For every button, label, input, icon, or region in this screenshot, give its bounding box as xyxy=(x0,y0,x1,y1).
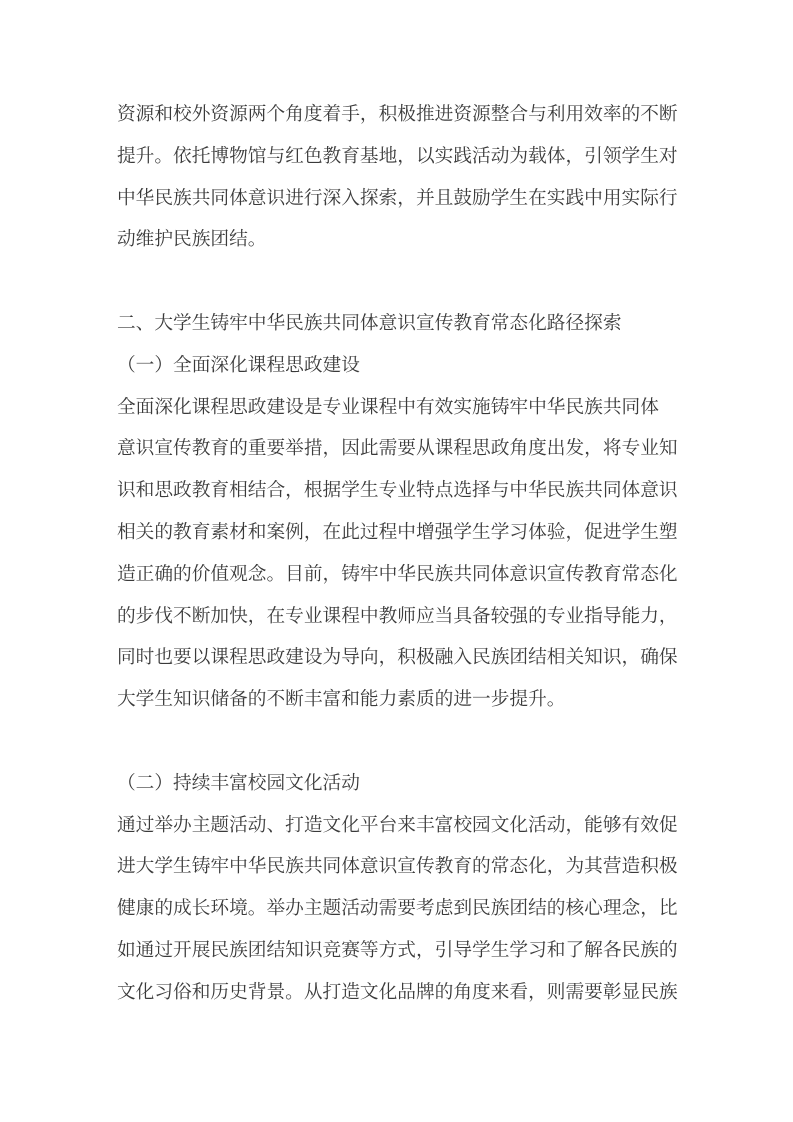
document-line: 同时也要以课程思政建设为导向，积极融入民族团结相关知识，确保 xyxy=(117,637,677,679)
blank-line xyxy=(117,721,677,763)
document-line: 识和思政教育相结合，根据学生专业特点选择与中华民族共同体意识 xyxy=(117,470,677,512)
subsection-heading: （二）持续丰富校园文化活动 xyxy=(117,763,677,805)
document-line: 如通过开展民族团结知识竞赛等方式，引导学生学习和了解各民族的 xyxy=(117,930,677,972)
document-line: 大学生知识储备的不断丰富和能力素质的进一步提升。 xyxy=(117,679,677,721)
document-line: 提升。依托博物馆与红色教育基地，以实践活动为载体，引领学生对 xyxy=(117,136,677,178)
document-line: 的步伐不断加快，在专业课程中教师应当具备较强的专业指导能力， xyxy=(117,596,677,638)
document-page: 资源和校外资源两个角度着手，积极推进资源整合与利用效率的不断 提升。依托博物馆与… xyxy=(0,0,793,1122)
document-line: 造正确的价值观念。目前，铸牢中华民族共同体意识宣传教育常态化 xyxy=(117,554,677,596)
blank-line xyxy=(117,261,677,303)
document-line: 中华民族共同体意识进行深入探索，并且鼓励学生在实践中用实际行 xyxy=(117,178,677,220)
document-line: 动维护民族团结。 xyxy=(117,219,677,261)
document-line: 全面深化课程思政建设是专业课程中有效实施铸牢中华民族共同体 xyxy=(117,387,677,429)
document-line: 通过举办主题活动、打造文化平台来丰富校园文化活动，能够有效促 xyxy=(117,805,677,847)
document-line: 相关的教育素材和案例，在此过程中增强学生学习体验，促进学生塑 xyxy=(117,512,677,554)
document-line: 意识宣传教育的重要举措，因此需要从课程思政角度出发，将专业知 xyxy=(117,428,677,470)
subsection-heading: （一）全面深化课程思政建设 xyxy=(117,345,677,387)
document-line: 资源和校外资源两个角度着手，积极推进资源整合与利用效率的不断 xyxy=(117,94,677,136)
document-line: 进大学生铸牢中华民族共同体意识宣传教育的常态化，为其营造积极 xyxy=(117,846,677,888)
document-line: 文化习俗和历史背景。从打造文化品牌的角度来看，则需要彰显民族 xyxy=(117,972,677,1014)
section-heading: 二、大学生铸牢中华民族共同体意识宣传教育常态化路径探索 xyxy=(117,303,677,345)
document-line: 健康的成长环境。举办主题活动需要考虑到民族团结的核心理念，比 xyxy=(117,888,677,930)
